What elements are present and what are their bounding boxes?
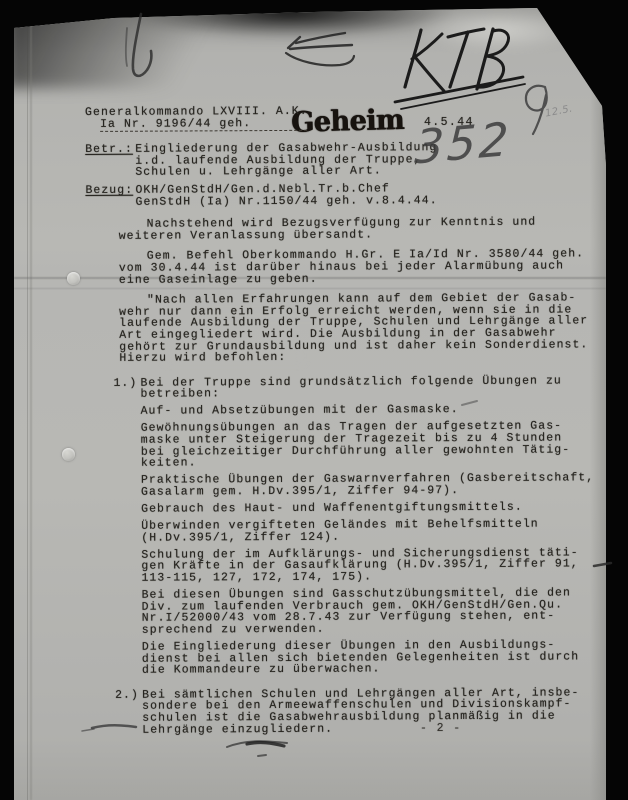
scan-background: Geheim 4.5.44 Generalkommando LXVIII. A.… (0, 0, 628, 800)
reference-label: Bezug: (85, 185, 135, 208)
reference-text: OKH/GenStdH/Gen.d.Nebl.Tr.b.Chef GenStdH… (135, 183, 437, 208)
subject-label: Betr.: (85, 144, 135, 179)
sub-paragraph: Praktische Übungen der Gaswarnverfahren … (141, 473, 615, 499)
punch-hole-top (67, 272, 80, 285)
paragraph-2: Gem. Befehl Oberkommando H.Gr. E Ia/Id N… (119, 249, 614, 286)
subject-text: Eingliederung der Gasabwehr-Ausbildung i… (135, 142, 437, 178)
paper-edge-shadow-bottom (14, 740, 606, 800)
scan-highlight-top-right (409, 8, 589, 52)
punch-hole-bottom (62, 448, 75, 461)
file-number: Ia Nr. 9196/44 geh. (100, 117, 307, 132)
page-number: - 2 - (420, 722, 462, 735)
subject-block: Betr.: Eingliederung der Gasabwehr-Ausbi… (85, 141, 613, 179)
paragraph-3: "Nach allen Erfahrungen kann auf dem Geb… (119, 292, 614, 364)
reference-block: Bezug: OKH/GenStdH/Gen.d.Nebl.Tr.b.Chef … (85, 182, 613, 208)
item-number: 1.) (113, 377, 140, 400)
item-text: Bei der Truppe sind grundsätzlich folgen… (140, 375, 562, 400)
sub-paragraph: Auf- und Absetzübungen mit der Gasmaske. (141, 404, 615, 418)
sub-paragraph: Gebrauch des Haut- und Waffenentgiftungs… (141, 501, 615, 515)
item-text: Bei sämtlichen Schulen und Lehrgängen al… (142, 687, 580, 736)
sub-paragraph: Schulung der im Aufklärungs- und Sicheru… (141, 547, 615, 584)
vertical-fold-line-2 (27, 6, 28, 800)
handwritten-archive-number: 352 (414, 116, 513, 171)
typed-body: Generalkommando LXVIII. A.K. Ia Nr. 9196… (85, 104, 616, 736)
paragraph-1: Nachstehend wird Bezugsverfügung zur Ken… (119, 216, 614, 242)
vertical-fold-line (30, 6, 32, 800)
letterhead: Generalkommando LXVIII. A.K. Ia Nr. 9196… (85, 104, 613, 132)
sub-paragraph: Überwinden vergifteten Geländes mit Behe… (141, 518, 615, 544)
scan-shadow-top (124, 0, 454, 38)
sub-paragraph: Bei diesen Übungen sind Gasschutzübungsm… (142, 587, 616, 636)
sub-paragraph: Die Eingliederung dieser Übungen in den … (142, 639, 616, 676)
numbered-item-2: 2.) Bei sämtlichen Schulen und Lehrgänge… (115, 687, 616, 736)
item-number: 2.) (115, 689, 142, 736)
scan-shadow-top-left (6, 0, 266, 88)
file-number-line: Ia Nr. 9196/44 geh. (100, 116, 613, 132)
sub-paragraph: Gewöhnungsübungen an das Tragen der aufg… (141, 421, 615, 470)
numbered-item-1: 1.) Bei der Truppe sind grundsätzlich fo… (113, 375, 614, 401)
